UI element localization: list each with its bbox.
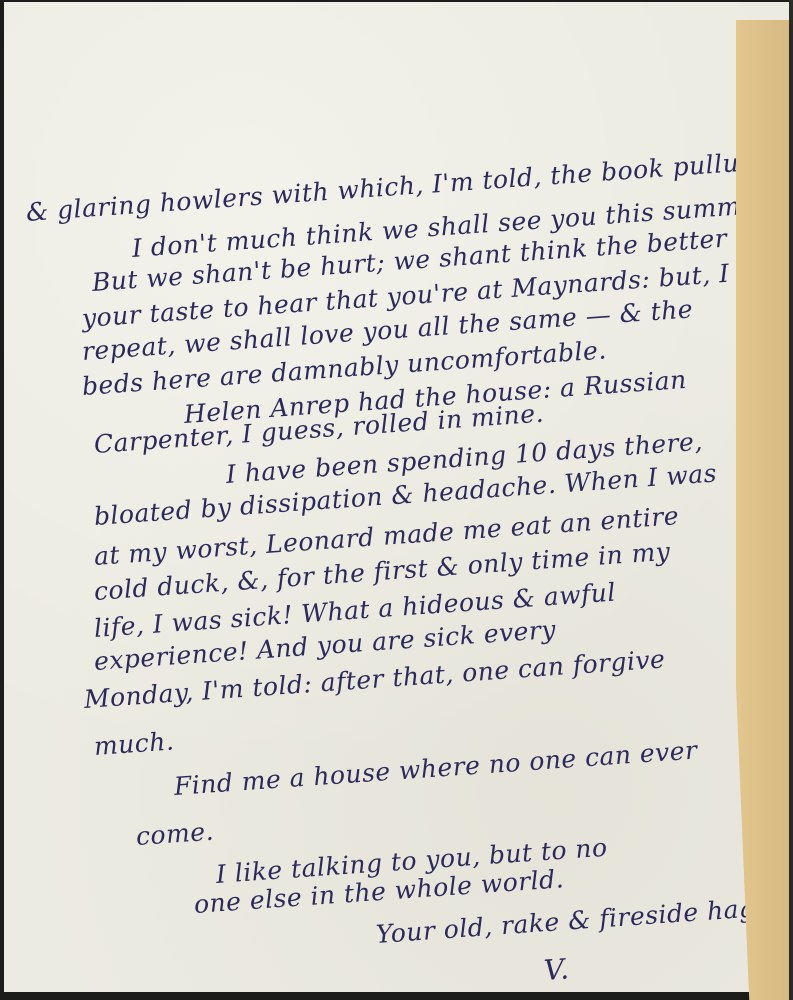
letter-line: Find me a house where no one can ever: [173, 735, 698, 801]
scan-border: [789, 0, 793, 1000]
letter-line: come.: [135, 817, 215, 851]
adhesive-tape-strip: [736, 20, 789, 1000]
letter-scan: & glaring howlers with which, I'm told, …: [0, 0, 793, 1000]
paper-sheet: & glaring howlers with which, I'm told, …: [4, 2, 791, 992]
letter-line: much.: [93, 726, 175, 761]
signature: V.: [543, 952, 570, 987]
letter-body: & glaring howlers with which, I'm told, …: [4, 2, 744, 1000]
